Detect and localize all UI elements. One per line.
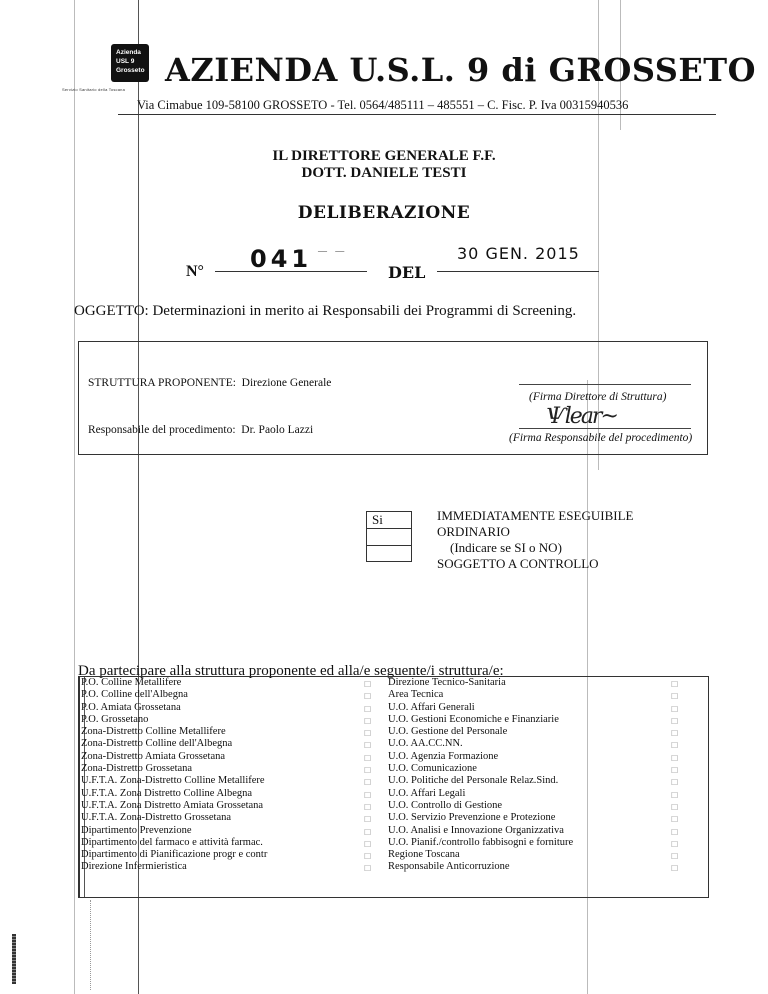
document-type: DELIBERAZIONE	[0, 203, 768, 223]
checkbox-icon[interactable]: ☐	[671, 679, 678, 691]
checkbox-icon[interactable]: ☐	[364, 814, 371, 826]
control-box[interactable]	[366, 545, 412, 562]
checkbox-icon[interactable]: ☐	[364, 679, 371, 691]
list-item: Responsabile Anticorruzione	[388, 861, 573, 873]
proposing-structure-value: Direzione Generale	[242, 377, 332, 389]
list-item: U.O. AA.CC.NN.	[388, 738, 573, 750]
list-item: U.O. Politiche del Personale Relaz.Sind.	[388, 775, 573, 787]
checkbox-icon[interactable]: ☐	[364, 753, 371, 765]
checkbox-icon[interactable]: ☐	[671, 740, 678, 752]
distribution-right-column: Direzione Tecnico-Sanitaria Area Tecnica…	[388, 677, 573, 874]
date-label: DEL	[388, 263, 425, 282]
director-name: DOTT. DANIELE TESTI	[0, 165, 768, 182]
checkbox-icon[interactable]: ☐	[671, 802, 678, 814]
divider	[118, 114, 716, 115]
number-underline	[215, 271, 367, 272]
ordinary-box[interactable]	[366, 528, 412, 545]
manager-signature-caption: (Firma Responsabile del procedimento)	[509, 432, 692, 444]
list-item: Direzione Infermieristica	[81, 861, 267, 873]
checkbox-icon[interactable]: ☐	[671, 765, 678, 777]
checkbox-icon[interactable]: ☐	[364, 740, 371, 752]
list-item: Dipartimento del farmaco e attività farm…	[81, 837, 267, 849]
list-item: U.O. Gestione del Personale	[388, 726, 573, 738]
execution-options: IMMEDIATAMENTE ESEGUIBILE ORDINARIO (Ind…	[437, 508, 633, 572]
checkbox-icon[interactable]: ☐	[671, 691, 678, 703]
checkbox-icon[interactable]: ☐	[364, 777, 371, 789]
checkbox-icon[interactable]: ☐	[364, 691, 371, 703]
list-item: P.O. Colline Metallifere	[81, 677, 267, 689]
checkbox-icon[interactable]: ☐	[671, 851, 678, 863]
option-hint: (Indicare se SI o NO)	[437, 540, 633, 556]
scan-margin-mark	[12, 934, 16, 984]
list-item: U.O. Agenzia Formazione	[388, 751, 573, 763]
number-marks: — —	[318, 246, 347, 256]
distribution-left-column: P.O. Colline Metallifere P.O. Colline de…	[81, 677, 267, 874]
list-item: Zona-Distretto Amiata Grossetana	[81, 751, 267, 763]
list-item: Zona-Distretto Grossetana	[81, 763, 267, 775]
procedure-manager-value: Dr. Paolo Lazzi	[241, 424, 313, 436]
checkbox-icon[interactable]: ☐	[671, 839, 678, 851]
checkbox-icon[interactable]: ☐	[364, 716, 371, 728]
organization-logo: Azienda USL 9 Grosseto	[111, 44, 149, 82]
number-label: N°	[186, 263, 204, 281]
organization-title: AZIENDA U.S.L. 9 di GROSSETO	[165, 51, 756, 89]
list-item: P.O. Grossetano	[81, 714, 267, 726]
list-item: Zona-Distretto Colline Metallifere	[81, 726, 267, 738]
checkbox-icon[interactable]: ☐	[364, 851, 371, 863]
checkbox-icon[interactable]: ☐	[364, 802, 371, 814]
logo-line: Grosseto	[116, 66, 149, 75]
signature-line	[519, 384, 691, 385]
logo-subtitle: Servizio Sanitario della Toscana	[62, 87, 125, 92]
list-item: U.O. Comunicazione	[388, 763, 573, 775]
checkbox-icon[interactable]: ☐	[671, 863, 678, 875]
logo-line: Azienda	[116, 48, 149, 57]
list-item: Regione Toscana	[388, 849, 573, 861]
checkbox-icon[interactable]: ☐	[364, 728, 371, 740]
subject: OGGETTO: Determinazioni in merito ai Res…	[74, 303, 576, 320]
procedure-manager-label: Responsabile del procedimento:	[88, 424, 236, 436]
option-control: SOGGETTO A CONTROLLO	[437, 556, 633, 572]
date-underline	[437, 271, 599, 272]
checkbox-icon[interactable]: ☐	[364, 839, 371, 851]
option-ordinary: ORDINARIO	[437, 524, 633, 540]
director-title: IL DIRETTORE GENERALE F.F.	[0, 148, 768, 165]
list-item: U.O. Analisi e Innovazione Organizzativa	[388, 825, 573, 837]
checkbox-icon[interactable]: ☐	[671, 777, 678, 789]
list-item: U.F.T.A. Zona-Distretto Colline Metallif…	[81, 775, 267, 787]
list-item: U.O. Pianif./controllo fabbisogni e forn…	[388, 837, 573, 849]
list-item: Dipartimento di Pianificazione progr e c…	[81, 849, 267, 861]
list-item: U.O. Gestioni Economiche e Finanziarie	[388, 714, 573, 726]
list-item: Direzione Tecnico-Sanitaria	[388, 677, 573, 689]
list-item: P.O. Colline dell'Albegna	[81, 689, 267, 701]
list-item: U.F.T.A. Zona-Distretto Grossetana	[81, 812, 267, 824]
proposing-structure: STRUTTURA PROPONENTE: Direzione Generale	[88, 377, 331, 389]
list-item: Zona-Distretto Colline dell'Albegna	[81, 738, 267, 750]
checkbox-icon[interactable]: ☐	[364, 765, 371, 777]
proposing-structure-label: STRUTTURA PROPONENTE:	[88, 377, 236, 389]
list-item: U.F.T.A. Zona Distretto Amiata Grossetan…	[81, 800, 267, 812]
checkbox-icon[interactable]: ☐	[671, 704, 678, 716]
date-stamp: 30 GEN. 2015	[457, 244, 580, 263]
organization-address: Via Cimabue 109-58100 GROSSETO - Tel. 05…	[137, 98, 628, 113]
checkbox-icon[interactable]: ☐	[364, 827, 371, 839]
checkbox-icon[interactable]: ☐	[671, 753, 678, 765]
logo-line: USL 9	[116, 57, 149, 66]
immediate-exec-box[interactable]: Si	[366, 511, 412, 528]
checkbox-icon[interactable]: ☐	[671, 728, 678, 740]
checkbox-icon[interactable]: ☐	[671, 814, 678, 826]
option-immediate: IMMEDIATAMENTE ESEGUIBILE	[437, 508, 633, 524]
checkbox-icon[interactable]: ☐	[671, 716, 678, 728]
list-item: P.O. Amiata Grossetana	[81, 702, 267, 714]
number-value: 041	[250, 245, 312, 273]
checkbox-icon[interactable]: ☐	[364, 863, 371, 875]
checkbox-icon[interactable]: ☐	[364, 790, 371, 802]
procedure-manager: Responsabile del procedimento: Dr. Paolo…	[88, 424, 313, 436]
execution-boxes: Si	[366, 511, 412, 562]
list-item: Area Tecnica	[388, 689, 573, 701]
list-item: Dipartimento Prevenzione	[81, 825, 267, 837]
list-item: U.O. Servizio Prevenzione e Protezione	[388, 812, 573, 824]
handwritten-signature: Ѱlear~	[546, 404, 617, 429]
signature-line	[519, 428, 691, 429]
distribution-left-checkboxes: ☐ ☐ ☐ ☐ ☐ ☐ ☐ ☐ ☐ ☐ ☐ ☐ ☐ ☐ ☐ ☐	[364, 679, 371, 876]
list-item: U.F.T.A. Zona Distretto Colline Albegna	[81, 788, 267, 800]
checkbox-icon[interactable]: ☐	[364, 704, 371, 716]
distribution-right-checkboxes: ☐ ☐ ☐ ☐ ☐ ☐ ☐ ☐ ☐ ☐ ☐ ☐ ☐ ☐ ☐ ☐	[671, 679, 678, 876]
list-item: U.O. Affari Legali	[388, 788, 573, 800]
director-signature-caption: (Firma Direttore di Struttura)	[529, 391, 666, 403]
list-item: U.O. Affari Generali	[388, 702, 573, 714]
scan-line	[90, 900, 92, 990]
checkbox-icon[interactable]: ☐	[671, 827, 678, 839]
list-item: U.O. Controllo di Gestione	[388, 800, 573, 812]
checkbox-icon[interactable]: ☐	[671, 790, 678, 802]
